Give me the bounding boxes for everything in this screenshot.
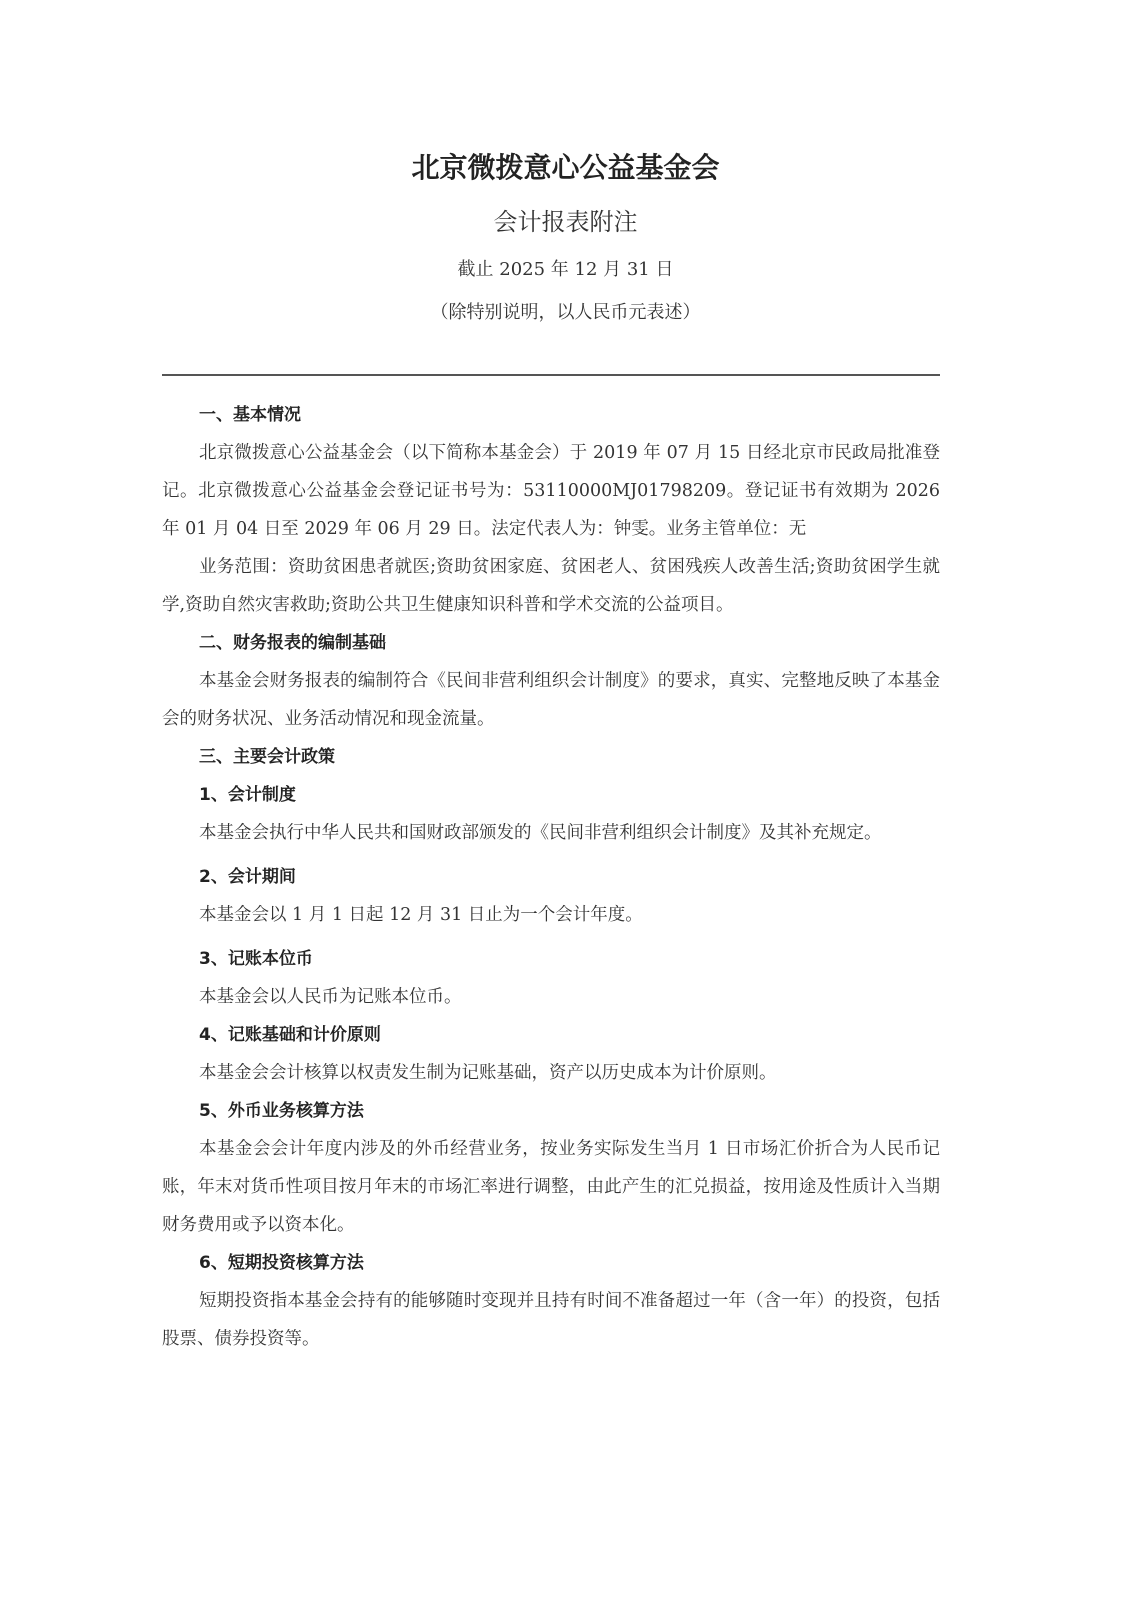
subheading-foreign-currency: 5、外币业务核算方法 xyxy=(162,1092,940,1130)
subheading-accounting-period: 2、会计期间 xyxy=(162,858,940,896)
paragraph-functional-currency: 本基金会以人民币为记账本位币。 xyxy=(162,978,940,1016)
section-heading-accounting-policies: 三、主要会计政策 xyxy=(162,738,940,776)
paragraph-registration: 北京微拨意心公益基金会（以下简称本基金会）于 2019 年 07 月 15 日经… xyxy=(162,434,940,548)
document-title: 北京微拨意心公益基金会 xyxy=(0,146,1131,186)
document-body: 一、基本情况 北京微拨意心公益基金会（以下简称本基金会）于 2019 年 07 … xyxy=(162,396,940,1358)
paragraph-accounting-system: 本基金会执行中华人民共和国财政部颁发的《民间非营利组织会计制度》及其补充规定。 xyxy=(162,814,940,852)
paragraph-accounting-period: 本基金会以 1 月 1 日起 12 月 31 日止为一个会计年度。 xyxy=(162,896,940,934)
header-divider xyxy=(162,374,940,376)
section-heading-preparation-basis: 二、财务报表的编制基础 xyxy=(162,624,940,662)
currency-note: （除特别说明，以人民币元表述） xyxy=(0,298,1131,324)
document-subtitle: 会计报表附注 xyxy=(0,202,1131,237)
section-heading-basic-info: 一、基本情况 xyxy=(162,396,940,434)
subheading-accounting-system: 1、会计制度 xyxy=(162,776,940,814)
subheading-short-term-investment: 6、短期投资核算方法 xyxy=(162,1244,940,1282)
paragraph-foreign-currency: 本基金会会计年度内涉及的外币经营业务，按业务实际发生当月 1 日市场汇价折合为人… xyxy=(162,1130,940,1244)
paragraph-accounting-basis: 本基金会会计核算以权责发生制为记账基础，资产以历史成本为计价原则。 xyxy=(162,1054,940,1092)
subheading-functional-currency: 3、记账本位币 xyxy=(162,940,940,978)
document-page: 北京微拨意心公益基金会 会计报表附注 截止 2025 年 12 月 31 日 （… xyxy=(0,0,1131,1600)
paragraph-business-scope: 业务范围：资助贫困患者就医;资助贫困家庭、贫困老人、贫困残疾人改善生活;资助贫困… xyxy=(162,548,940,624)
report-date: 截止 2025 年 12 月 31 日 xyxy=(0,255,1131,281)
paragraph-preparation-basis: 本基金会财务报表的编制符合《民间非营利组织会计制度》的要求，真实、完整地反映了本… xyxy=(162,662,940,738)
paragraph-short-term-investment: 短期投资指本基金会持有的能够随时变现并且持有时间不准备超过一年（含一年）的投资，… xyxy=(162,1282,940,1358)
subheading-accounting-basis: 4、记账基础和计价原则 xyxy=(162,1016,940,1054)
